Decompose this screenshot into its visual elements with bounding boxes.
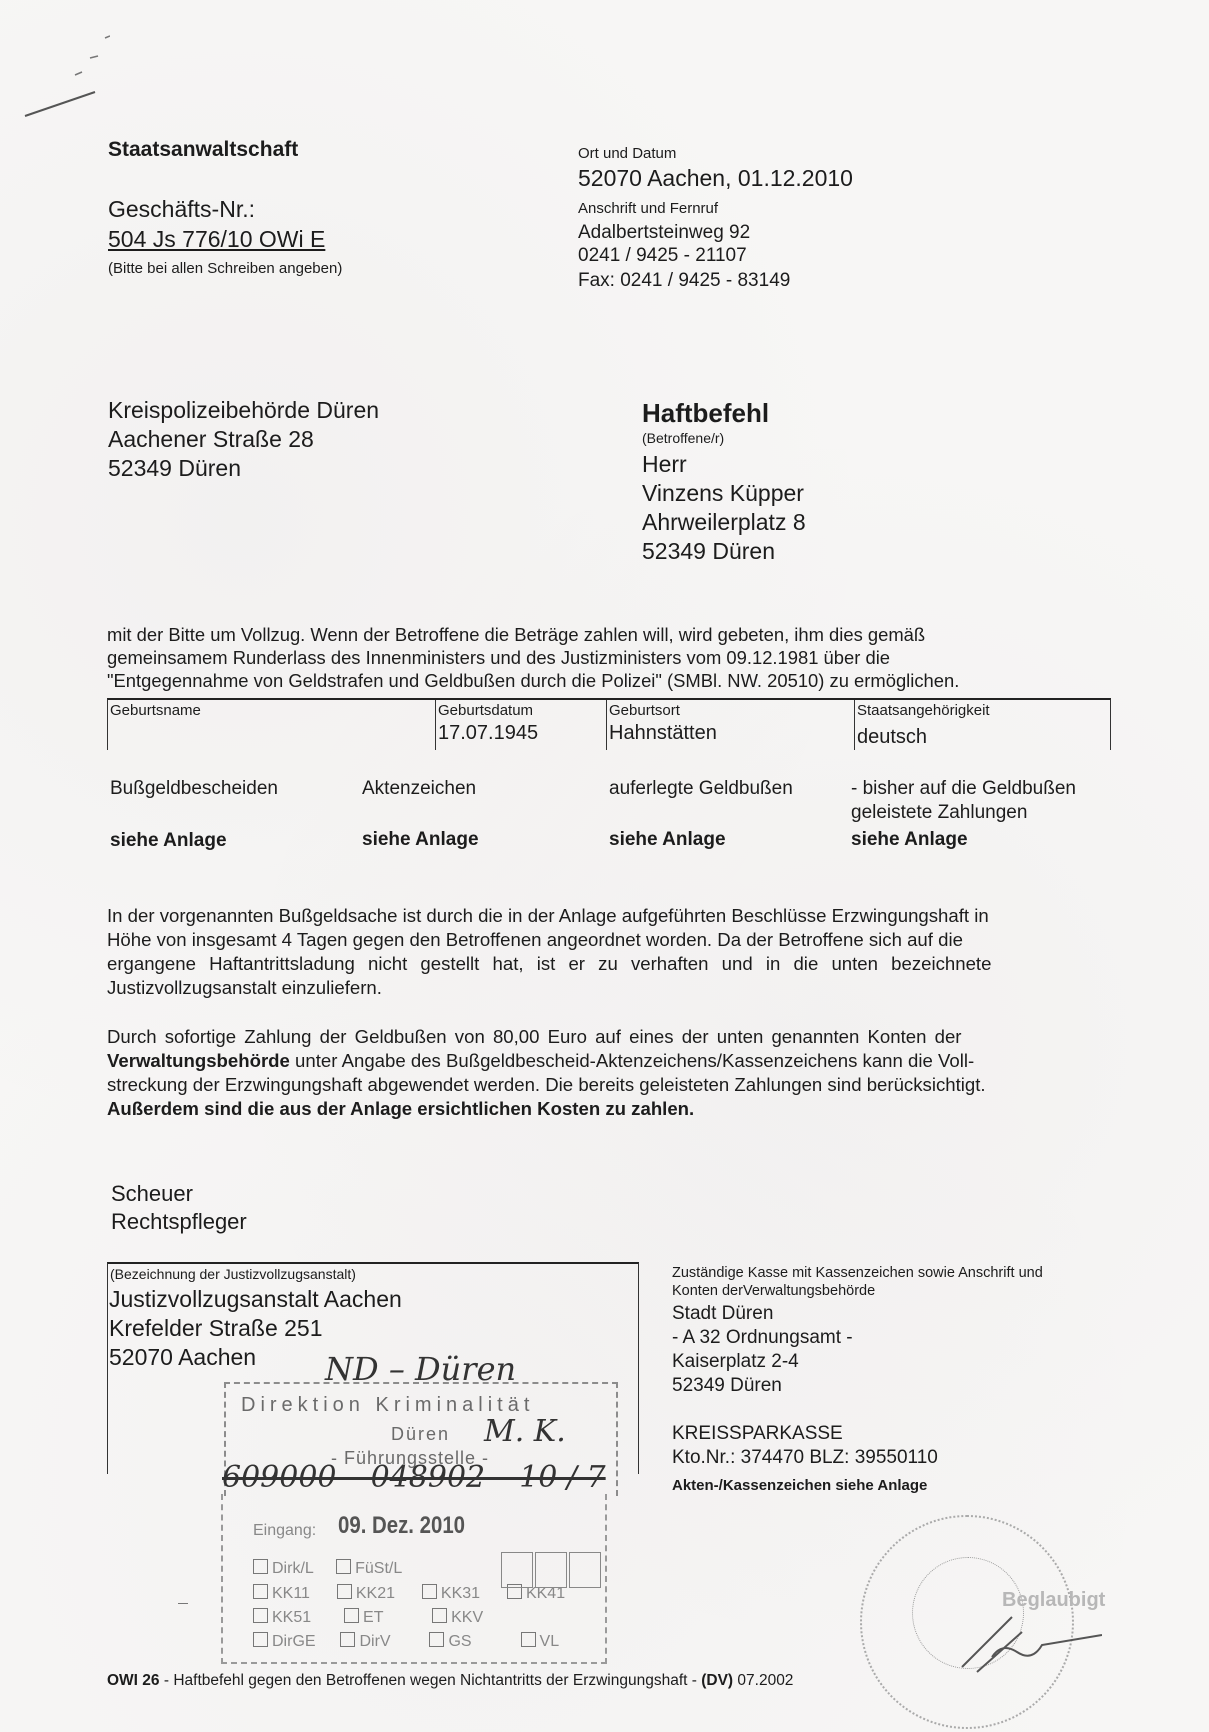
checkbox[interactable]: [253, 1584, 268, 1599]
cell-birth-place: Geburtsort Hahnstätten: [606, 700, 855, 750]
paragraph-text: unter Angabe des Bußgeldbescheid-Aktenze…: [290, 1050, 974, 1071]
checkbox-label: ET: [363, 1609, 383, 1626]
received-date: 09. Dez. 2010: [338, 1512, 465, 1540]
checkbox-label: FüSt/L: [355, 1560, 402, 1577]
checkbox-label: KK11: [272, 1585, 310, 1602]
checkbox-label: DirV: [359, 1633, 390, 1650]
case-number-label: Geschäfts-Nr.:: [108, 196, 255, 223]
checkbox[interactable]: [429, 1632, 444, 1647]
paragraph-line: Höhe von insgesamt 4 Tagen gegen den Bet…: [107, 928, 1107, 952]
subject-street: Ahrweilerplatz 8: [642, 508, 806, 537]
checkbox-label: KKV: [451, 1609, 483, 1626]
prison-street: Krefelder Straße 251: [109, 1314, 402, 1343]
authority-name: Staatsanwaltschaft: [108, 138, 298, 162]
cell-value: 17.07.1945: [438, 722, 538, 745]
subject-label: (Betroffene/r): [642, 430, 724, 446]
cell-label: Geburtsname: [110, 702, 201, 719]
stamp-line-2: Düren: [391, 1424, 450, 1445]
signer-title: Rechtspfleger: [111, 1208, 247, 1236]
routing-box: [569, 1552, 601, 1588]
subject-name: Vinzens Küpper: [642, 479, 806, 508]
cell-label: Staatsangehörigkeit: [857, 702, 990, 719]
checkbox-row: Dirk/L FüSt/L: [253, 1559, 402, 1578]
reference-note: Akten-/Kassenzeichen siehe Anlage: [672, 1477, 927, 1494]
fax: Fax: 0241 / 9425 - 83149: [578, 269, 790, 292]
paragraph-line: ergangene Haftantrittsladung nicht geste…: [107, 952, 1107, 976]
checkbox-row: DirGE DirV GS VL: [253, 1632, 559, 1651]
checkbox-label: KK21: [356, 1585, 395, 1602]
checkbox[interactable]: [336, 1559, 351, 1574]
address-label: Anschrift und Fernruf: [578, 200, 718, 217]
fines-column-label: auferlegte Geldbußen: [609, 777, 793, 801]
detention-paragraph: In der vorgenannten Bußgeldsache ist dur…: [107, 904, 1107, 1000]
cell-label: Geburtsdatum: [438, 702, 533, 719]
intro-line: gemeinsamem Runderlass des Innenminister…: [107, 646, 959, 669]
intro-line: "Entgegennahme von Geldstrafen und Geldb…: [107, 669, 959, 692]
paragraph-line: Verwaltungsbehörde unter Angabe des Bußg…: [107, 1049, 1107, 1073]
received-stamp: Eingang: 09. Dez. 2010 Dirk/L FüSt/L KK1…: [221, 1494, 607, 1664]
checkbox[interactable]: [521, 1632, 536, 1647]
cell-nationality: Staatsangehörigkeit deutsch: [854, 700, 1110, 750]
cell-birth-name: Geburtsname: [108, 700, 435, 750]
form-description: - Haftbefehl gegen den Betroffenen wegen…: [160, 1672, 702, 1689]
fines-column-label: Aktenzeichen: [362, 777, 476, 801]
cashier-label-line: Konten derVerwaltungsbehörde: [672, 1282, 1043, 1300]
place-date-label: Ort und Datum: [578, 145, 676, 162]
recipient-line-2: Aachener Straße 28: [108, 425, 379, 454]
authority-address: Adalbertsteinweg 92 0241 / 9425 - 21107 …: [578, 221, 790, 293]
fines-column-value: siehe Anlage: [609, 829, 726, 851]
checkbox[interactable]: [253, 1608, 268, 1623]
cell-value: Hahnstätten: [609, 722, 717, 745]
fines-column-value: siehe Anlage: [362, 829, 479, 851]
recipient-address: Kreispolizeibehörde Düren Aachener Straß…: [108, 396, 379, 483]
stamp-initials: M. K.: [484, 1414, 566, 1449]
paragraph-line: streckung der Erzwingungshaft abgewendet…: [107, 1073, 1107, 1097]
cashier-label: Zuständige Kasse mit Kassenzeichen sowie…: [672, 1264, 1043, 1300]
cell-label: Geburtsort: [609, 702, 680, 719]
cashier-street: Kaiserplatz 2-4: [672, 1350, 853, 1374]
prison-name: Justizvollzugsanstalt Aachen: [109, 1285, 402, 1314]
signature-block: Scheuer Rechtspfleger: [111, 1180, 247, 1236]
routing-box: [535, 1552, 567, 1588]
form-id: OWI 26: [107, 1672, 160, 1689]
prison-label: (Bezeichnung der Justizvollzugsanstalt): [110, 1266, 356, 1282]
phone: 0241 / 9425 - 21107: [578, 244, 790, 267]
checkbox-label: DirGE: [272, 1633, 316, 1650]
case-number-note: (Bitte bei allen Schreiben angeben): [108, 260, 342, 277]
signer-name: Scheuer: [111, 1180, 247, 1208]
case-number: 504 Js 776/10 OWi E: [108, 226, 325, 253]
bank-account: Kto.Nr.: 374470 BLZ: 39550110: [672, 1446, 938, 1470]
fines-column-label: - bisher auf die Geldbußen geleistete Za…: [851, 777, 1111, 825]
fines-column-value: siehe Anlage: [110, 830, 227, 852]
checkbox[interactable]: [253, 1632, 268, 1647]
subject-salutation: Herr: [642, 450, 806, 479]
paragraph-line: Durch sofortige Zahlung der Geldbußen vo…: [107, 1025, 1107, 1049]
received-label: Eingang:: [253, 1522, 316, 1540]
margin-mark: [178, 1603, 188, 1604]
form-version-tag: (DV): [701, 1672, 733, 1689]
cashier-address: Stadt Düren - A 32 Ordnungsamt - Kaiserp…: [672, 1302, 853, 1398]
form-version: 07.2002: [733, 1672, 793, 1689]
checkbox[interactable]: [432, 1608, 447, 1623]
checkbox[interactable]: [337, 1584, 352, 1599]
cashier-city: 52349 Düren: [672, 1374, 853, 1398]
form-footer: OWI 26 - Haftbefehl gegen den Betroffene…: [107, 1672, 793, 1690]
handwritten-reference: 609000 – 048902 – 10 / 7: [222, 1460, 606, 1495]
bold-authority: Verwaltungsbehörde: [107, 1050, 290, 1071]
checkbox[interactable]: [344, 1608, 359, 1623]
bank-name: KREISSPARKASSE: [672, 1422, 938, 1446]
checkbox-label: KK51: [272, 1609, 311, 1626]
routing-box: [501, 1552, 533, 1588]
checkbox-label: KK31: [441, 1585, 480, 1602]
fines-column-label: Bußgeldbescheiden: [110, 777, 278, 801]
payment-paragraph: Durch sofortige Zahlung der Geldbußen vo…: [107, 1025, 1107, 1121]
intro-text: mit der Bitte um Vollzug. Wenn der Betro…: [107, 623, 959, 692]
paragraph-line: Justizvollzugsanstalt einzuliefern.: [107, 976, 1107, 1000]
cashier-label-line: Zuständige Kasse mit Kassenzeichen sowie…: [672, 1264, 1043, 1282]
intro-line: mit der Bitte um Vollzug. Wenn der Betro…: [107, 623, 959, 646]
checkbox-row: KK51 ET KKV: [253, 1608, 483, 1627]
checkbox-label: GS: [448, 1633, 471, 1650]
cashier-name: Stadt Düren: [672, 1302, 853, 1326]
paragraph-line: In der vorgenannten Bußgeldsache ist dur…: [107, 904, 1107, 928]
signature-scribble-icon: [902, 1597, 1102, 1697]
official-seal-icon: Beglaubigt: [860, 1515, 1074, 1729]
cell-birth-date: Geburtsdatum 17.07.1945: [435, 700, 607, 750]
cashier-dept: - A 32 Ordnungsamt -: [672, 1326, 853, 1350]
subject-city: 52349 Düren: [642, 537, 806, 566]
place-date: 52070 Aachen, 01.12.2010: [578, 165, 853, 192]
bank-details: KREISSPARKASSE Kto.Nr.: 374470 BLZ: 3955…: [672, 1422, 938, 1470]
recipient-line-3: 52349 Düren: [108, 454, 379, 483]
street: Adalbertsteinweg 92: [578, 221, 790, 244]
person-details-table: Geburtsname Geburtsdatum 17.07.1945 Gebu…: [107, 698, 1111, 750]
checkbox-label: VL: [540, 1633, 560, 1650]
document-title: Haftbefehl: [642, 398, 769, 429]
checkbox-label: Dirk/L: [272, 1560, 313, 1577]
cell-value: deutsch: [857, 726, 927, 749]
checkbox[interactable]: [422, 1584, 437, 1599]
subject-address: Herr Vinzens Küpper Ahrweilerplatz 8 523…: [642, 450, 806, 566]
fines-column-value: siehe Anlage: [851, 829, 968, 851]
staple-mark-icon: [20, 20, 110, 120]
checkbox[interactable]: [340, 1632, 355, 1647]
checkbox[interactable]: [253, 1559, 268, 1574]
costs-notice: Außerdem sind die aus der Anlage ersicht…: [107, 1097, 1107, 1121]
recipient-line-1: Kreispolizeibehörde Düren: [108, 396, 379, 425]
